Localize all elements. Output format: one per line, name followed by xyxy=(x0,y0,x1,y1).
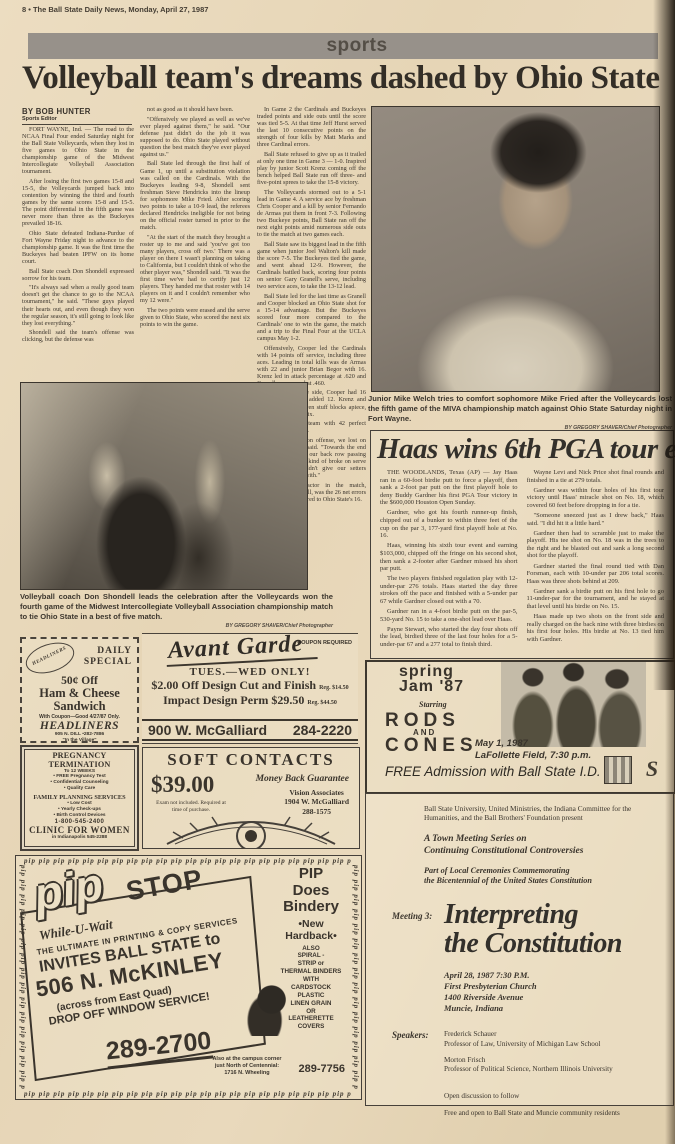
presenters-line: Ball State University, United Ministries… xyxy=(424,804,652,823)
family-planning-title: FAMILY PLANNING SERVICES xyxy=(22,794,137,801)
photo-mike-welch xyxy=(371,106,660,392)
checker-logo-icon xyxy=(604,756,632,784)
speakers-list: Frederick Schauer Professor of Law, Univ… xyxy=(444,1030,613,1081)
byline-block: BY BOB HUNTER Sports Editor xyxy=(22,107,132,125)
company-address: 1904 W. McGalliard xyxy=(284,797,349,806)
clinic-name: CLINIC FOR WOMEN xyxy=(22,825,137,835)
regular-price: Reg. $44.50 xyxy=(307,700,337,706)
newspaper-page: 8 • The Ball State Daily News, Monday, A… xyxy=(0,0,675,1144)
photo-caption-right: Junior Mike Welch tries to comfort sopho… xyxy=(368,394,672,431)
headliners-stamp-icon: HEADLINERS xyxy=(22,637,78,679)
promo-perm: Impact Design Perm $29.50 Reg. $44.50 xyxy=(142,693,358,708)
avant-garde-logo: Avant Garde xyxy=(165,630,318,667)
meeting-notes: Open discussion to follow Free and open … xyxy=(444,1092,673,1119)
promo-offer: $2.00 Off Design Cut and Finish Reg. $14… xyxy=(142,678,358,693)
speakers-row: Speakers: Frederick Schauer Professor of… xyxy=(392,1030,673,1081)
pip-border-bottom: pip pip pip pip pip pip pip pip pip pip … xyxy=(24,1090,352,1098)
starring-label: Starring xyxy=(419,700,447,709)
ad-title: PREGNANCY TERMINATION xyxy=(22,751,137,769)
company-name: Vision Associates xyxy=(284,788,349,797)
store-tagline: "In the Village" xyxy=(22,738,137,744)
speaker: Frederick Schauer Professor of Law, Univ… xyxy=(444,1030,613,1049)
service-list: • FREE Pregnancy Test• Confidential Coun… xyxy=(22,774,137,792)
meeting-label: Meeting 3: xyxy=(392,901,444,958)
caption-text: Junior Mike Welch tries to comfort sopho… xyxy=(368,394,672,423)
ad-pip-printing: pip pip pip pip pip pip pip pip pip pip … xyxy=(15,855,362,1100)
haas-column-2: Wayne Levi and Nick Price shot final rou… xyxy=(527,469,665,651)
pip-bindery-column: PIP Does Bindery •New Hardback• ALSOSPIR… xyxy=(273,866,349,1031)
salon-address: 900 W. McGalliard xyxy=(148,722,267,738)
page-edge-shadow xyxy=(653,0,675,690)
ad-soft-contacts: SOFT CONTACTS $39.00 Money Back Guarante… xyxy=(142,747,360,849)
ad-spring-jam: spring Jam '87 Starring RODS AND CONES M… xyxy=(365,660,675,794)
meeting-title: Interpreting the Constitution xyxy=(444,901,622,958)
bicentennial-line: Part of Local Ceremonies Commemorating t… xyxy=(424,866,673,887)
promo-days: TUES.—WED ONLY! xyxy=(142,666,358,678)
ad-town-meeting: Ball State University, United Ministries… xyxy=(365,793,674,1106)
series-title: A Town Meeting Series on Continuing Cons… xyxy=(424,833,673,858)
exam-note: Exam not included. Required at time of p… xyxy=(151,800,231,814)
section-title: sports xyxy=(42,33,672,59)
new-hardback: •New Hardback• xyxy=(273,918,349,942)
main-headline: Volleyball team's dreams dashed by Ohio … xyxy=(22,60,675,97)
admission-line: FREE Admission with Ball State I.D. xyxy=(385,764,601,779)
binder-options-list: ALSOSPIRAL -STRIP orTHERMAL BINDERSWITHC… xyxy=(273,945,349,1031)
masthead: 8 • The Ball State Daily News, Monday, A… xyxy=(22,5,208,14)
photo-caption-left: Volleyball coach Don Shondell leads the … xyxy=(20,592,333,629)
article-column-1: FORT WAYNE, Ind. — The road to the NCAA … xyxy=(22,126,134,380)
price: $39.00 xyxy=(151,772,214,798)
campus-phone: 289-7756 xyxy=(299,1063,346,1075)
store-name: HEADLINERS xyxy=(22,720,137,732)
service-list: • Low Cost• Yearly Check-ups• Birth Cont… xyxy=(22,801,137,819)
byline-author: BY BOB HUNTER xyxy=(22,107,132,116)
page-edge-shadow-lower xyxy=(665,600,675,1144)
salon-phone: 284-2220 xyxy=(293,722,352,738)
article-column-2: not as good as it should have been."Offe… xyxy=(140,106,250,396)
event-date-venue: May 1, 1987 LaFollette Field, 7:30 p.m. xyxy=(475,738,591,762)
caption-text: Volleyball coach Don Shondell leads the … xyxy=(20,592,333,621)
clinic-location: in Indianapolis 545-2288 xyxy=(22,835,137,840)
salon-contact-bar: 900 W. McGalliard 284-2220 xyxy=(142,719,358,741)
ad-clinic-for-women: PREGNANCY TERMINATION To 12 WEEKS • FREE… xyxy=(20,745,139,851)
coupon-required-note: COUPON REQUIRED xyxy=(297,640,352,646)
byline-title: Sports Editor xyxy=(22,116,132,122)
vision-associates-contact: Vision Associates 1904 W. McGalliard 288… xyxy=(284,788,349,816)
sports-section-banner: sports xyxy=(28,33,658,59)
haas-column-1: THE WOODLANDS, Texas (AP) — Jay Haas ran… xyxy=(380,469,518,651)
haas-headline: Haas wins 6th PGA tour event xyxy=(377,433,667,466)
ad-title: DAILY SPECIAL xyxy=(80,646,132,668)
regular-price: Reg. $14.50 xyxy=(319,685,349,691)
ad-item: Sandwich xyxy=(22,700,137,713)
eye-illustration-icon xyxy=(163,814,339,848)
guarantee: Money Back Guarantee xyxy=(256,774,349,784)
campus-location-note: Also at the campus corner just North of … xyxy=(193,1056,301,1077)
bindery-title: PIP Does Bindery xyxy=(273,866,349,916)
speaker: Morton Frisch Professor of Political Sci… xyxy=(444,1056,613,1075)
ad-daily-special: HEADLINERS DAILY SPECIAL 50¢ Off Ham & C… xyxy=(20,637,139,743)
band-photo xyxy=(501,662,646,747)
meeting-when-where: April 28, 1987 7:30 P.M. First Presbyter… xyxy=(444,970,673,1014)
haas-article-box: Haas wins 6th PGA tour event THE WOODLAN… xyxy=(370,430,674,659)
ad-avant-garde: Avant Garde COUPON REQUIRED TUES.—WED ON… xyxy=(142,633,358,744)
script-s-logo-icon: S xyxy=(638,756,666,786)
pip-border-right: pip pip pip pip pip pip pip pip pip pip … xyxy=(350,865,360,1090)
meeting-title-row: Meeting 3: Interpreting the Constitution xyxy=(392,901,673,958)
photo-credit: BY GREGORY SHAVER/Chief Photographer xyxy=(20,623,333,630)
band-name: RODS AND CONES xyxy=(385,712,478,754)
ad-title: SOFT CONTACTS xyxy=(143,750,359,770)
event-title: spring Jam '87 xyxy=(399,664,464,694)
photo-shondell-celebration xyxy=(20,382,308,590)
speakers-label: Speakers: xyxy=(392,1030,444,1081)
